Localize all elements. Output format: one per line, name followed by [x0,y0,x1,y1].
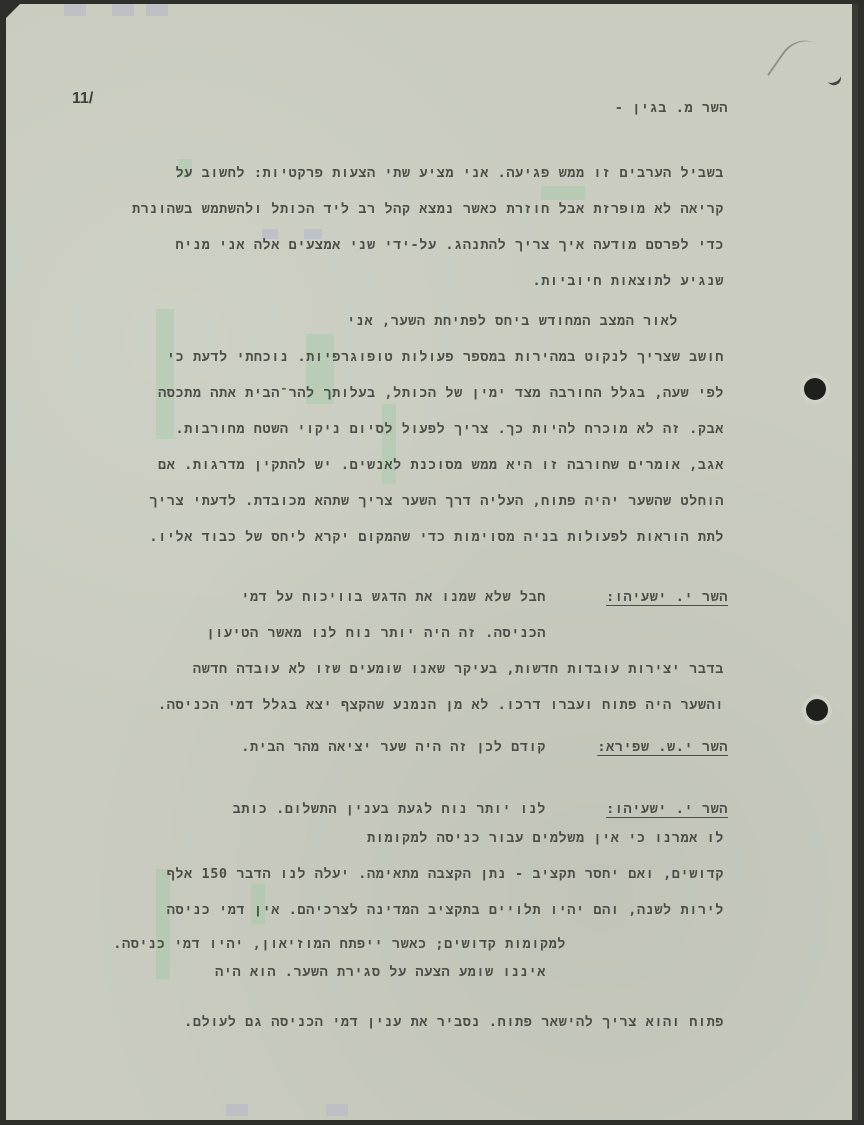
document-page: 11/ השר מ. בגין - בשביל הערבים זו ממש פג… [6,4,856,1120]
paragraph-line: בשביל הערבים זו ממש פגיעה. אני מציע שתי … [175,165,724,182]
paragraph-line: חבל שלא שמנו את הדגש בוויכוח על דמי [241,589,546,606]
paragraph-line: לו אמרנו כי אין משלמים עבור כניסה למקומו… [367,830,724,847]
paragraph-line: פתוח והוא צריך להישאר פתוח. נסביר את עני… [184,1014,724,1031]
speaker-label: השר י.ש. שפירא: [597,739,728,756]
opening-speaker: השר מ. בגין - [615,100,728,117]
paragraph-line: איננו שומע הצעה על סגירת השער. הוא היה [215,964,546,981]
scan-highlight [541,186,585,200]
speaker-label: השר י. ישעיהו: [606,589,728,606]
paragraph-line: קודם לכן זה היה שער יציאה מהר הבית. [241,739,546,756]
page-edge-shadow [852,4,858,1120]
pen-mark [767,31,839,104]
folded-corner [6,4,20,18]
paragraph-line: לאור המצב המחודש ביחס לפתיחת השער, אני [347,313,678,330]
paragraph-line: הכניסה. זה היה יותר נוח לנו מאשר הטיעון [206,625,546,642]
paragraph-line: אבק. זה לא מוכרח להיות כך. צריך לפעול לס… [175,421,724,438]
page-number: 11/ [72,90,93,108]
paragraph-line: בדבר יצירות עובדות חדשות, בעיקר שאנו שומ… [193,661,724,678]
paragraph-line: הוחלט שהשער יהיה פתוח, העליה דרך השער צר… [149,493,724,510]
punch-hole [806,699,828,721]
paragraph-line: לתת הוראות לפעולות בניה מסוימות כדי שהמק… [149,529,724,546]
paragraph-line: לירות לשנה, והם יהיו תלויים בתקציב המדינ… [167,902,724,919]
scan-highlight [156,309,174,439]
scan-artifact [226,1104,248,1116]
scan-highlight [156,869,170,979]
scan-artifact [112,4,134,16]
paragraph-line: חושב שצריך לנקוט במהירות במספר פעולות טו… [167,349,724,366]
paragraph-line: לפי שעה, בגלל החורבה מצד ימין של הכותל, … [158,385,724,402]
paragraph-line: והשער היה פתוח ועברו דרכו. לא מן הנמנע ש… [158,697,724,714]
paragraph-line: שנגיע לתוצאות חיוביות. [532,273,724,290]
paragraph-line: אגב, אומרים שחורבה זו היא ממש מסוכנת לאנ… [158,457,724,474]
scan-artifact [64,4,86,16]
scan-artifact [326,1104,348,1116]
paragraph-line: לנו יותר נוח לגעת בענין התשלום. כותב [233,801,546,818]
paragraph-line: למקומות קדושים; כאשר ייפתח המוזיאון, יהי… [113,936,566,953]
paragraph-line: קריאה לא מופרזת אבל חוזרת כאשר נמצא קהל … [132,201,724,218]
paragraph-line: קדושים, ואם יחסר תקציב - נתן הקצבה מתאימ… [167,866,724,883]
speaker-label: השר י. ישעיהו: [606,801,728,818]
paragraph-line: כדי לפרסם מודעה איך צריך להתנהג. על-ידי … [175,237,724,254]
scan-artifact [146,4,168,16]
pen-mark [827,73,843,87]
punch-hole [804,378,826,400]
